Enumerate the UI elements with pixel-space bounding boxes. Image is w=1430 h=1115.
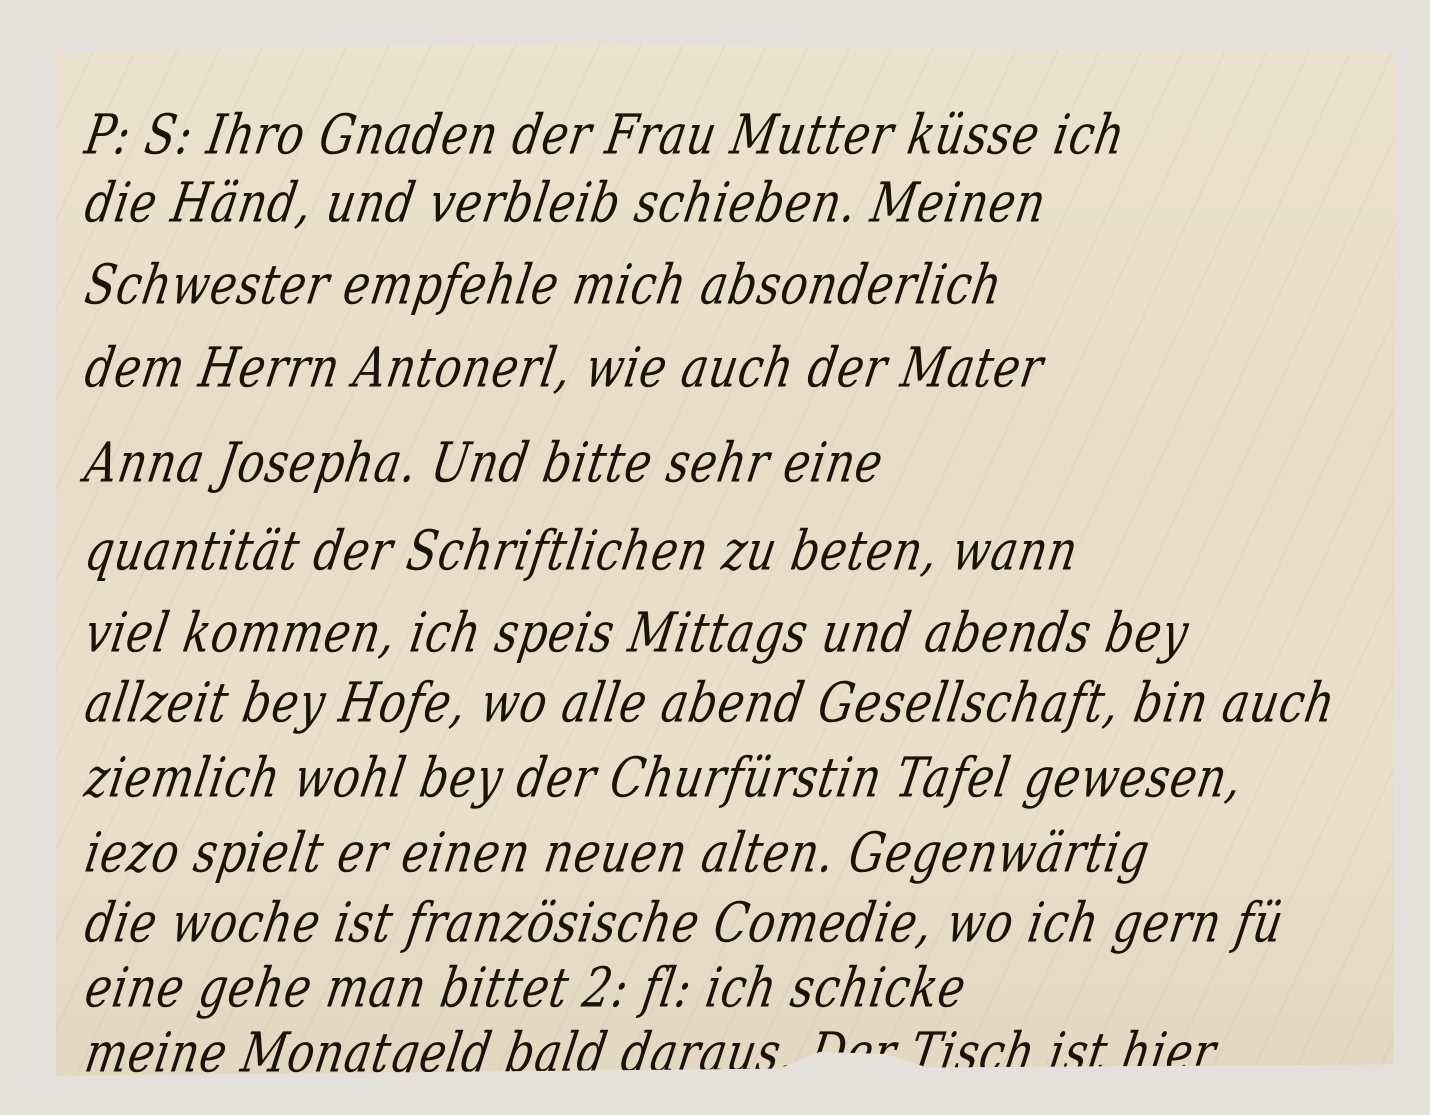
- letter-paper: P: S: Ihro Gnaden der Frau Mutter küsse …: [56, 38, 1396, 1080]
- text-line-11: die woche ist französische Comedie, wo i…: [81, 892, 1382, 956]
- text-line-3: Schwester empfehle mich absonderlich: [81, 254, 1382, 318]
- text-line-6: quantität der Schriftlichen zu beten, wa…: [81, 520, 1382, 584]
- text-line-1: P: S: Ihro Gnaden der Frau Mutter küsse …: [81, 104, 1382, 168]
- text-line-7: viel kommen, ich speis Mittags und abend…: [81, 602, 1382, 666]
- text-line-5: Anna Josepha. Und bitte sehr eine: [81, 432, 1382, 496]
- text-line-2: die Händ, und verbleib schieben. Meinen: [81, 172, 1382, 236]
- text-line-9: ziemlich wohl bey der Churfürstin Tafel …: [81, 747, 1382, 811]
- text-line-8: allzeit bey Hofe, wo alle abend Gesellsc…: [81, 672, 1382, 736]
- text-line-12: eine gehe man bittet 2: fl: ich schicke: [81, 957, 1382, 1021]
- text-line-10: iezo spielt er einen neuen alten. Gegenw…: [81, 822, 1382, 886]
- text-line-13: meine Monatgeld bald daraus. Der Tisch i…: [81, 1022, 1382, 1086]
- text-line-4: dem Herrn Antonerl, wie auch der Mater: [81, 337, 1382, 401]
